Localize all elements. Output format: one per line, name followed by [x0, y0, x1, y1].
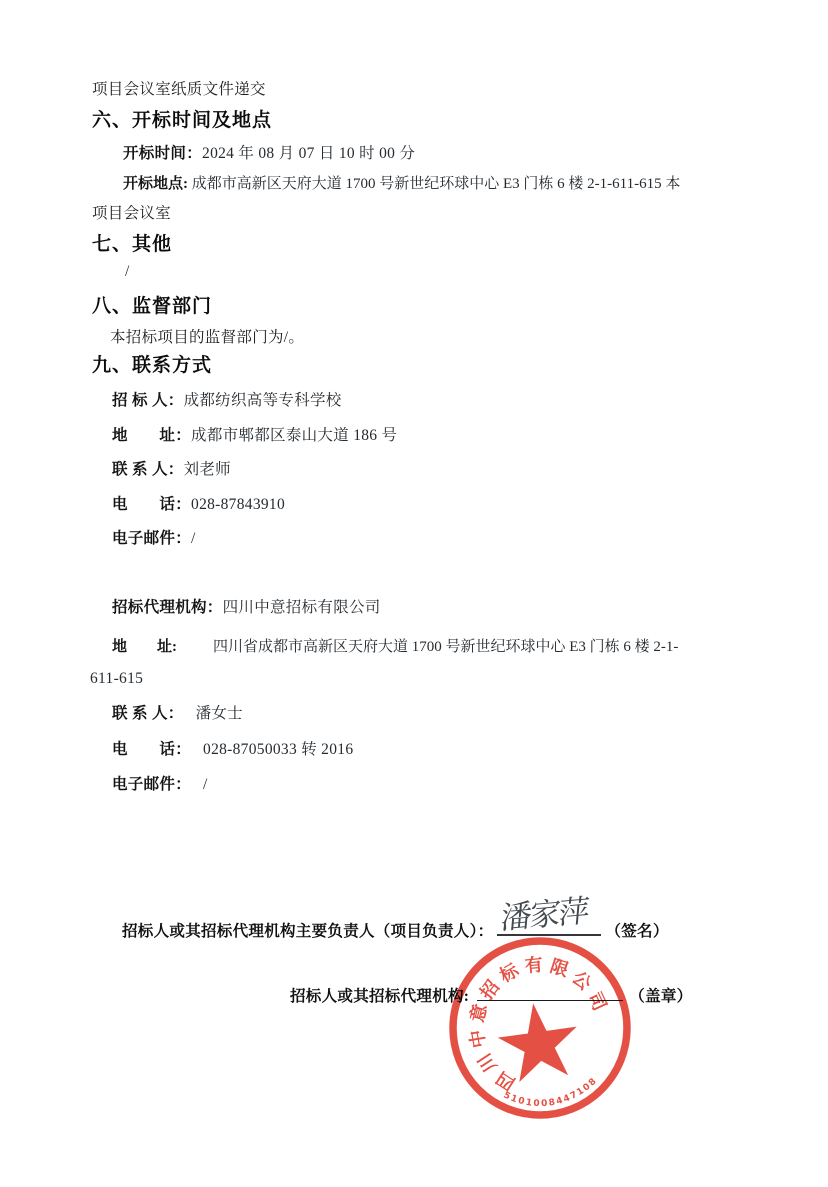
- tenderer-address-label: 地 址：: [112, 427, 191, 444]
- tenderer-email-value: /: [191, 530, 196, 547]
- tenderer-phone-label: 电 话：: [112, 496, 191, 513]
- tenderer-address-row: 地 址：成都市郫都区泰山大道 186 号: [112, 426, 397, 447]
- bid-opening-place-value: 成都市高新区天府大道 1700 号新世纪环球中心 E3 门栋 6 楼 2-1-6…: [192, 176, 681, 192]
- svg-text:0: 0: [533, 1099, 540, 1109]
- agency-email-label: 电子邮件：: [112, 776, 191, 793]
- agency-phone-row: 电 话：028-87050033 转 2016: [112, 740, 353, 761]
- section7-heading: 七、其他: [92, 232, 172, 258]
- svg-text:标: 标: [495, 959, 523, 987]
- svg-text:公: 公: [568, 967, 595, 994]
- svg-text:0: 0: [541, 1099, 548, 1109]
- agency-phone-label: 电 话：: [112, 741, 191, 758]
- intro-continuation-text: 项目会议室纸质文件递交: [92, 80, 266, 101]
- agency-address-continuation: 611-615: [90, 669, 143, 690]
- section8-heading: 八、监督部门: [92, 294, 212, 320]
- bid-opening-time-label: 开标时间：: [123, 145, 202, 162]
- section7-content: /: [125, 262, 130, 283]
- org-seal-label: 招标人或其招标代理机构:: [290, 988, 469, 1005]
- tenderer-value: 成都纺织高等专科学校: [184, 392, 342, 409]
- document-page: 项目会议室纸质文件递交 六、开标时间及地点 开标时间：2024 年 08 月 0…: [0, 0, 828, 1187]
- section6-heading: 六、开标时间及地点: [92, 108, 272, 134]
- seal-note: （盖章）: [629, 988, 692, 1005]
- bid-opening-place-continuation: 项目会议室: [92, 204, 171, 225]
- leader-signature-label: 招标人或其招标代理机构主要负责人（项目负责人）：: [122, 923, 493, 940]
- svg-text:限: 限: [548, 956, 571, 981]
- svg-text:意: 意: [466, 1002, 491, 1024]
- tenderer-contact-row: 联 系 人：刘老师: [112, 460, 231, 481]
- tenderer-phone-value: 028-87843910: [191, 496, 285, 513]
- tenderer-email-row: 电子邮件：/: [112, 529, 196, 550]
- svg-text:川: 川: [474, 1050, 501, 1076]
- svg-text:招: 招: [475, 976, 503, 1004]
- section9-heading: 九、联系方式: [92, 353, 212, 379]
- agency-email-row: 电子邮件：/: [112, 775, 208, 796]
- bid-opening-time-value: 2024 年 08 月 07 日 10 时 00 分: [202, 145, 415, 162]
- agency-label: 招标代理机构：: [112, 599, 223, 616]
- agency-phone-value: 028-87050033 转 2016: [203, 741, 353, 758]
- agency-value: 四川中意招标有限公司: [223, 599, 381, 616]
- signature-line: 潘家萍: [497, 910, 601, 936]
- company-seal-stamp: 四川中意招标有限公司 5101008447108: [445, 935, 635, 1125]
- tenderer-contact-label: 联 系 人：: [112, 461, 184, 478]
- agency-email-value: /: [203, 776, 208, 793]
- agency-row: 招标代理机构：四川中意招标有限公司: [112, 598, 381, 619]
- tenderer-address-value: 成都市郫都区泰山大道 186 号: [191, 427, 397, 444]
- svg-text:8: 8: [548, 1098, 556, 1109]
- agency-address-row: 地 址:四川省成都市高新区天府大道 1700 号新世纪环球中心 E3 门栋 6 …: [112, 637, 678, 657]
- tenderer-contact-value: 刘老师: [184, 461, 231, 478]
- tenderer-email-label: 电子邮件：: [112, 530, 191, 547]
- agency-address-label: 地 址:: [112, 639, 177, 655]
- agency-contact-value: 潘女士: [196, 705, 243, 722]
- svg-text:有: 有: [524, 953, 544, 976]
- svg-text:司: 司: [584, 989, 610, 1014]
- bid-opening-time-row: 开标时间：2024 年 08 月 07 日 10 时 00 分: [123, 144, 415, 165]
- bid-opening-place-row: 开标地点: 成都市高新区天府大道 1700 号新世纪环球中心 E3 门栋 6 楼…: [123, 174, 680, 194]
- agency-contact-row: 联 系 人：潘女士: [112, 704, 243, 725]
- agency-contact-label: 联 系 人：: [112, 705, 184, 722]
- handwritten-signature: 潘家萍: [499, 890, 589, 940]
- bid-opening-place-label: 开标地点:: [123, 176, 188, 192]
- tenderer-phone-row: 电 话：028-87843910: [112, 495, 285, 516]
- tenderer-label: 招 标 人：: [112, 392, 184, 409]
- svg-text:0: 0: [517, 1096, 526, 1107]
- svg-text:中: 中: [466, 1028, 490, 1049]
- agency-address-value: 四川省成都市高新区天府大道 1700 号新世纪环球中心 E3 门栋 6 楼 2-…: [213, 639, 678, 655]
- svg-text:1: 1: [525, 1098, 533, 1109]
- section8-content: 本招标项目的监督部门为/。: [110, 328, 304, 349]
- tenderer-row: 招 标 人：成都纺织高等专科学校: [112, 391, 342, 412]
